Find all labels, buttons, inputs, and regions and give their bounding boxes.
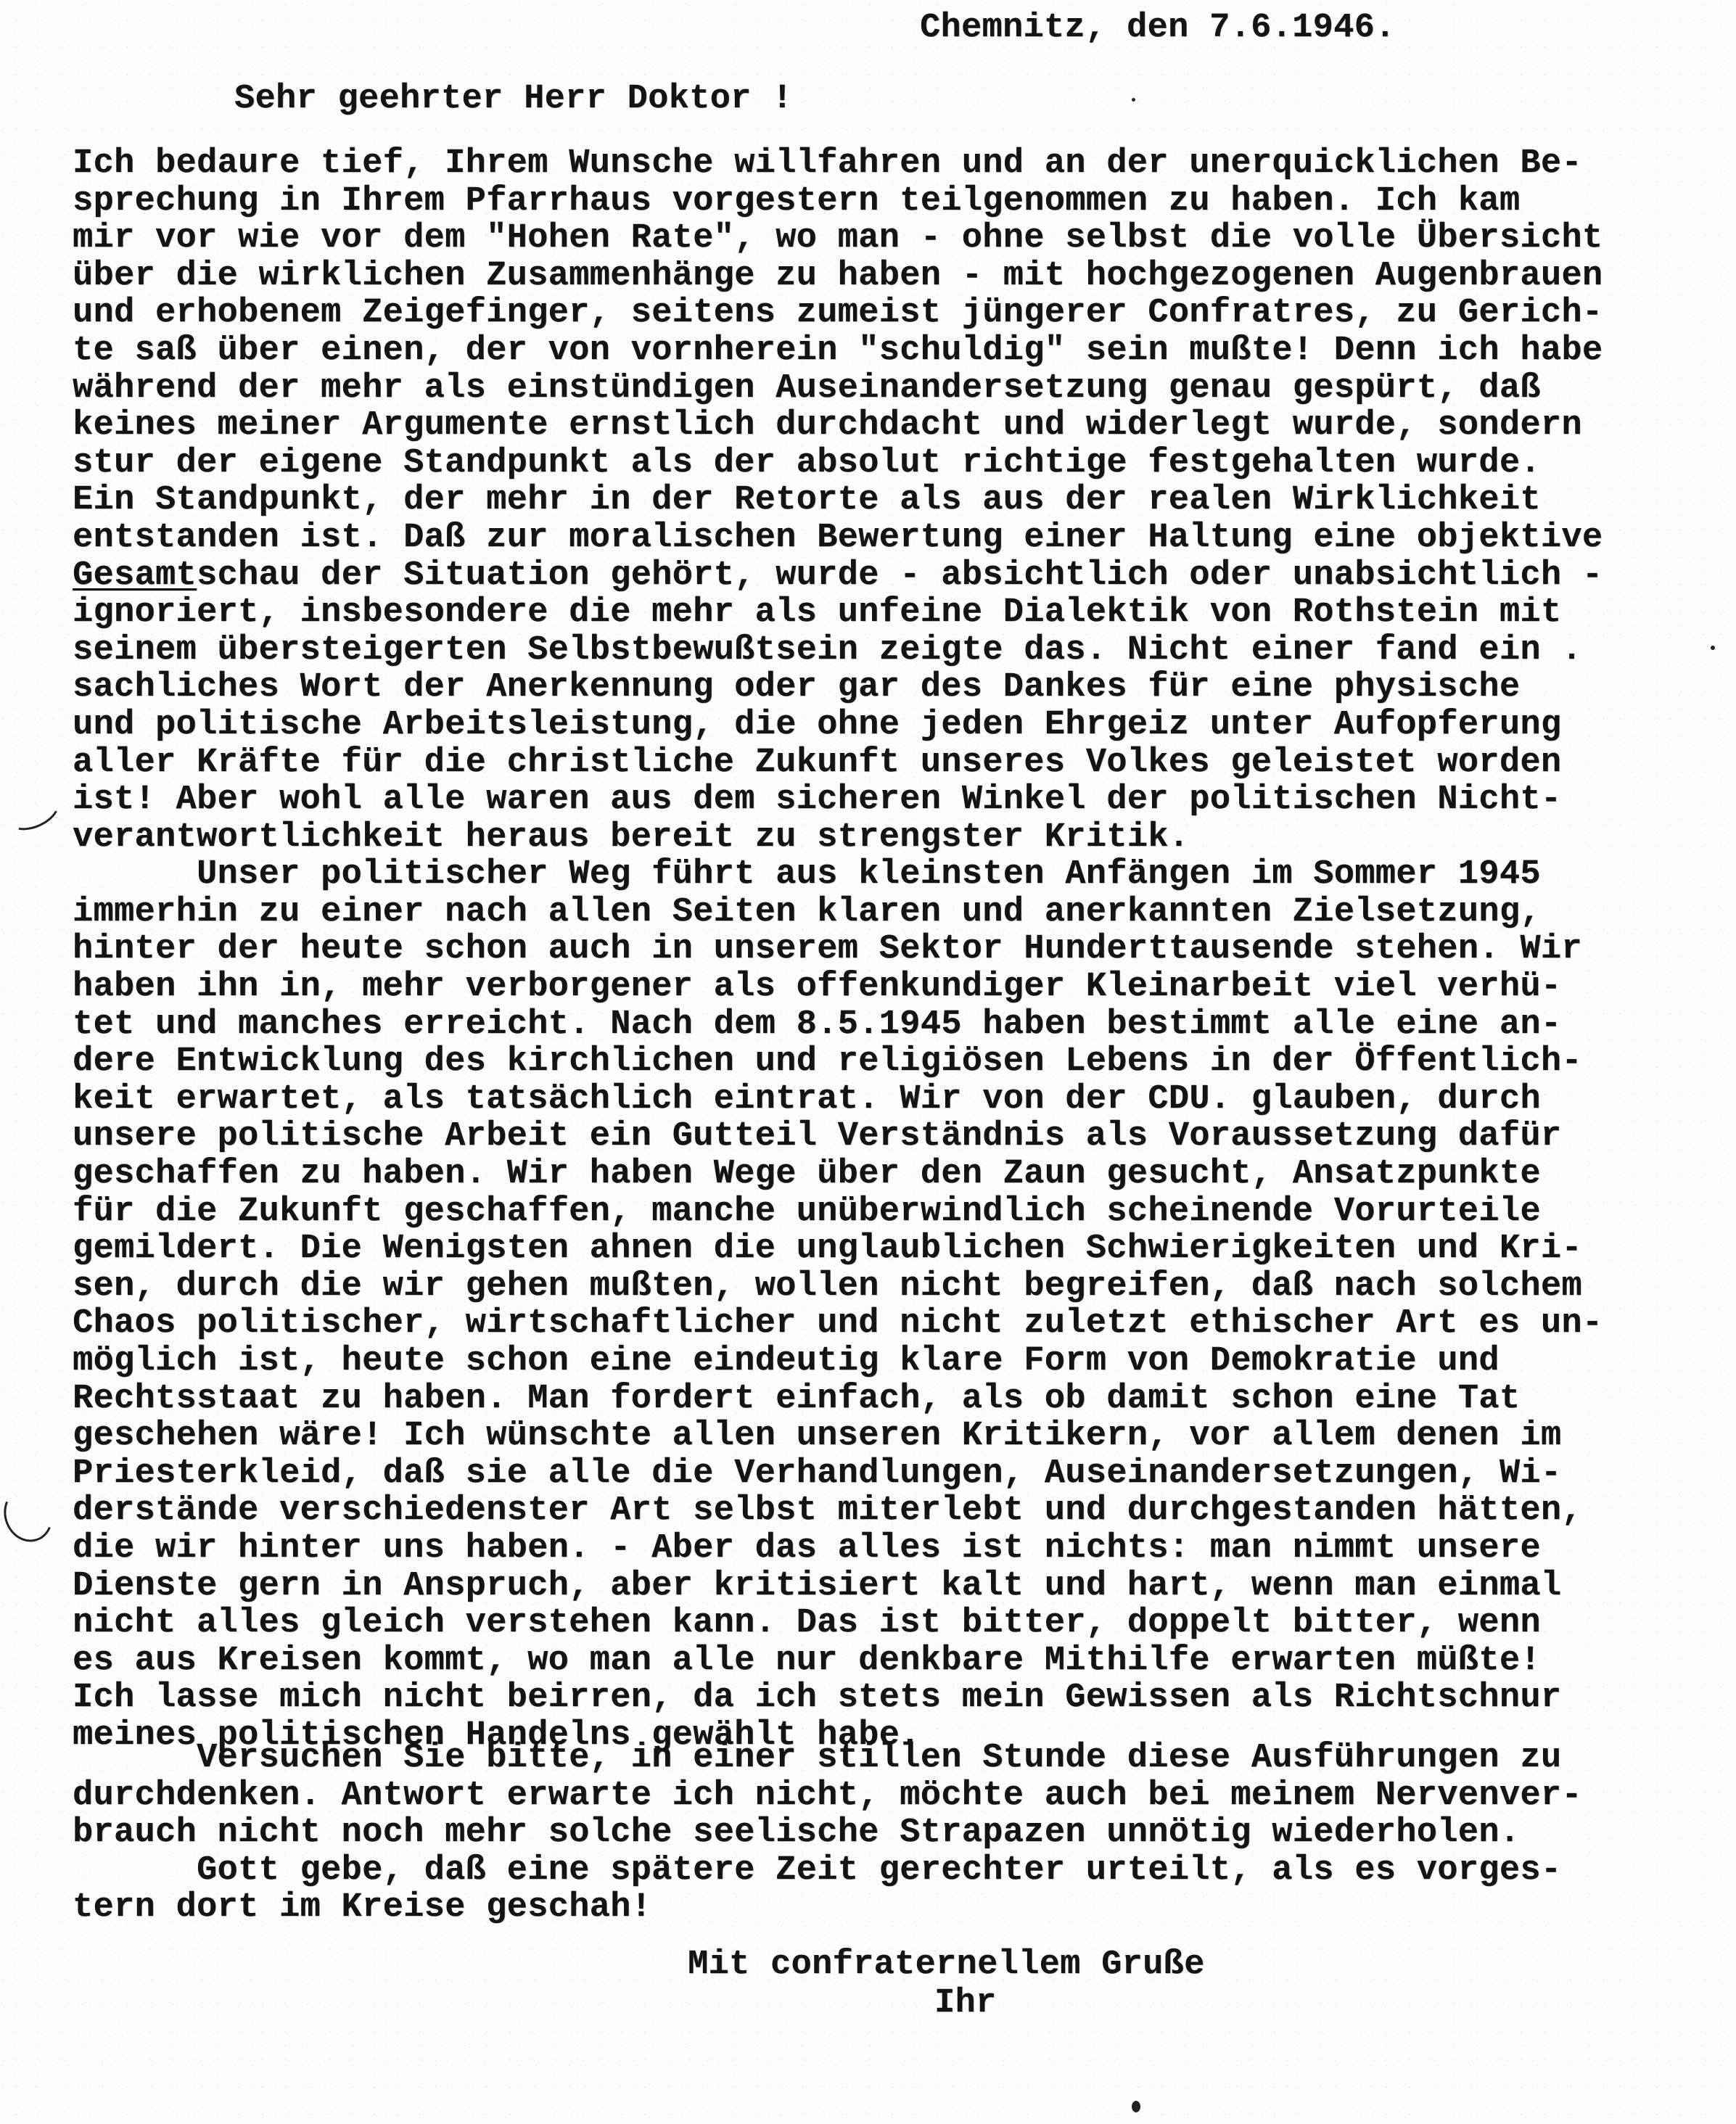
text-line: Chaos politischer, wirtschaftlicher und … xyxy=(73,1305,1727,1343)
text-line: nicht alles gleich verstehen kann. Das i… xyxy=(73,1605,1727,1642)
paragraph-2: Unser politischer Weg führt aus kleinste… xyxy=(73,856,1727,1754)
letter-body: Ich bedaure tief, Ihrem Wunsche willfahr… xyxy=(73,145,1727,1755)
text-line: verantwortlichkeit heraus bereit zu stre… xyxy=(73,819,1727,857)
text-line: Ich lasse mich nicht beirren, da ich ste… xyxy=(73,1679,1727,1717)
text-line: brauch nicht noch mehr solche seelische … xyxy=(73,1814,1727,1852)
text-line: Gott gebe, daß eine spätere Zeit gerecht… xyxy=(73,1852,1727,1890)
text-line: und politische Arbeitsleistung, die ohne… xyxy=(73,707,1727,744)
salutation: Sehr geehrter Herr Doktor ! xyxy=(234,80,793,118)
text-line: geschaffen zu haben. Wir haben Wege über… xyxy=(73,1156,1727,1193)
signoff: Ihr xyxy=(934,1984,997,2022)
text-line: unsere politische Arbeit ein Gutteil Ver… xyxy=(73,1118,1727,1156)
text-line: aller Kräfte für die christliche Zukunft… xyxy=(73,744,1727,782)
text-line: geschehen wäre! Ich wünschte allen unser… xyxy=(73,1417,1727,1455)
text-line: Ich bedaure tief, Ihrem Wunsche willfahr… xyxy=(73,145,1727,183)
text-line: Priesterkleid, daß sie alle die Verhandl… xyxy=(73,1455,1727,1493)
margin-pencil-mark-icon xyxy=(1,784,65,838)
text-line: Rechtsstaat zu haben. Man fordert einfac… xyxy=(73,1380,1727,1418)
text-line: über die wirklichen Zusammenhänge zu hab… xyxy=(73,258,1727,295)
text-line: die wir hinter uns haben. - Aber das all… xyxy=(73,1530,1727,1568)
text-line: tern dort im Kreise geschah! xyxy=(73,1889,1727,1927)
margin-pencil-mark-icon xyxy=(0,1481,60,1549)
text-line: ist! Aber wohl alle waren aus dem sicher… xyxy=(73,781,1727,819)
typewritten-letter-page: Chemnitz, den 7.6.1946. Sehr geehrter He… xyxy=(0,0,1736,2124)
text-line: sen, durch die wir gehen mußten, wollen … xyxy=(73,1268,1727,1306)
ink-speck xyxy=(1711,646,1715,650)
underlined-word: Gesamt xyxy=(73,556,197,595)
text-line: entstanden ist. Daß zur moralischen Bewe… xyxy=(73,519,1727,557)
closing-greeting: Mit confraternellem Gruße xyxy=(688,1946,1205,1984)
ink-speck xyxy=(1132,98,1135,102)
text-line: es aus Kreisen kommt, wo man alle nur de… xyxy=(73,1642,1727,1680)
text-line: gemildert. Die Wenigsten ahnen die ungla… xyxy=(73,1230,1727,1268)
text-line: dere Entwicklung des kirchlichen und rel… xyxy=(73,1043,1727,1081)
text-line: keit erwartet, als tatsächlich eintrat. … xyxy=(73,1081,1727,1119)
text-line: und erhobenem Zeigefinger, seitens zumei… xyxy=(73,295,1727,332)
text-line: seinem übersteigerten Selbstbewußtsein z… xyxy=(73,632,1727,670)
closing-paragraphs: Versuchen Sie bitte, in einer stillen St… xyxy=(73,1740,1727,1927)
text-line: sachliches Wort der Anerkennung oder gar… xyxy=(73,669,1727,707)
text-line: Ein Standpunkt, der mehr in der Retorte … xyxy=(73,482,1727,519)
text-line: durchdenken. Antwort erwarte ich nicht, … xyxy=(73,1777,1727,1815)
dateline: Chemnitz, den 7.6.1946. xyxy=(920,9,1396,47)
paragraph-1: Ich bedaure tief, Ihrem Wunsche willfahr… xyxy=(73,145,1727,856)
text-line: Unser politischer Weg führt aus kleinste… xyxy=(73,856,1727,894)
text-line: mir vor wie vor dem "Hohen Rate", wo man… xyxy=(73,220,1727,258)
text-line: Versuchen Sie bitte, in einer stillen St… xyxy=(73,1740,1727,1777)
text-line: stur der eigene Standpunkt als der absol… xyxy=(73,445,1727,482)
text-line: Dienste gern in Anspruch, aber kritisier… xyxy=(73,1568,1727,1605)
text-line: te saß über einen, der von vornherein "s… xyxy=(73,332,1727,370)
text-line: haben ihn in, mehr verborgener als offen… xyxy=(73,968,1727,1006)
text-line: ignoriert, insbesondere die mehr als unf… xyxy=(73,594,1727,632)
text-line: möglich ist, heute schon eine eindeutig … xyxy=(73,1343,1727,1380)
text-line: keines meiner Argumente ernstlich durchd… xyxy=(73,407,1727,445)
text-line: für die Zukunft geschaffen, manche unübe… xyxy=(73,1193,1727,1231)
text-line: während der mehr als einstündigen Ausein… xyxy=(73,370,1727,408)
paragraph-3: Versuchen Sie bitte, in einer stillen St… xyxy=(73,1740,1727,1927)
text-line: tet und manches erreicht. Nach dem 8.5.1… xyxy=(73,1006,1727,1044)
ink-speck xyxy=(1132,2101,1140,2112)
text-line: immerhin zu einer nach allen Seiten klar… xyxy=(73,894,1727,931)
text-line: sprechung in Ihrem Pfarrhaus vorgestern … xyxy=(73,183,1727,221)
text-line: hinter der heute schon auch in unserem S… xyxy=(73,931,1727,968)
text-line: Gesamtschau der Situation gehört, wurde … xyxy=(73,557,1727,595)
text-line: derstände verschiedenster Art selbst mit… xyxy=(73,1492,1727,1530)
